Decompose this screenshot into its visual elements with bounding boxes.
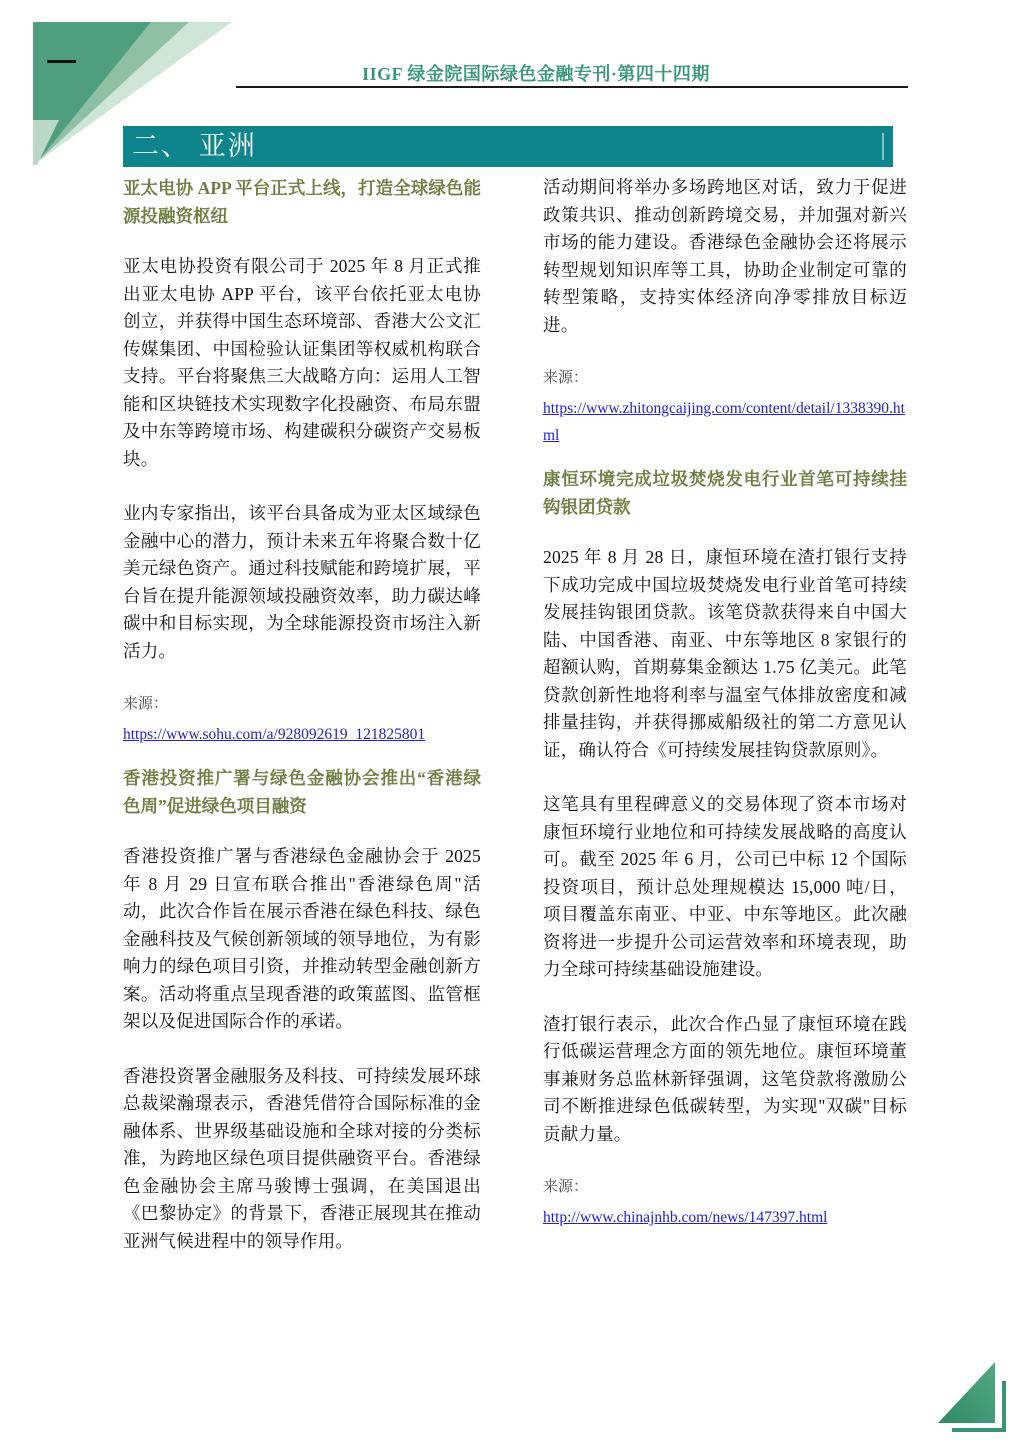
article-paragraph: 亚太电协投资有限公司于 2025 年 8 月正式推出亚太电协 APP 平台，该平… — [123, 253, 481, 473]
article-paragraph: 业内专家指出，该平台具备成为亚太区域绿色金融中心的潜力，预计未来五年将聚合数十亿… — [123, 500, 481, 665]
corner-triangle-decoration-bottom — [928, 1352, 1010, 1436]
article-title-hk-green-week: 香港投资推广署与绿色金融协会推出“香港绿色周”促进绿色项目融资 — [123, 764, 481, 820]
article-paragraph: 香港投资推广署与香港绿色金融协会于 2025 年 8 月 29 日宣布联合推出"… — [123, 843, 481, 1036]
article-title-apec-app: 亚太电协 APP 平台正式上线，打造全球绿色能源投融资枢纽 — [123, 174, 481, 230]
left-column: 亚太电协 APP 平台正式上线，打造全球绿色能源投融资枢纽 亚太电协投资有限公司… — [123, 174, 481, 1282]
article-paragraph: 2025 年 8 月 28 日，康恒环境在渣打银行支持下成功完成中国垃圾焚烧发电… — [543, 544, 907, 764]
source-link-sohu[interactable]: https://www.sohu.com/a/928092619_1218258… — [123, 721, 425, 748]
newsletter-page: IIGF 绿金院国际绿色金融专刊·第四十四期 二、 亚洲 亚太电协 APP 平台… — [0, 0, 1024, 1447]
newsletter-masthead: IIGF 绿金院国际绿色金融专刊·第四十四期 — [236, 60, 836, 86]
source-link-chinajnhb[interactable]: http://www.chinajnhb.com/news/147397.htm… — [543, 1204, 827, 1231]
article-paragraph: 活动期间将举办多场跨地区对话，致力于促进政策共识、推动创新跨境交易，并加强对新兴… — [543, 174, 907, 339]
article-title-kangheng-loan: 康恒环境完成垃圾焚烧发电行业首笔可持续挂钩银团贷款 — [543, 465, 907, 521]
banner-cursor-tick — [882, 133, 884, 160]
source-label: 来源： — [543, 1175, 907, 1199]
article-paragraph: 这笔具有里程碑意义的交易体现了资本市场对康恒环境行业地位和可持续发展战略的高度认… — [543, 791, 907, 984]
article-columns: 亚太电协 APP 平台正式上线，打造全球绿色能源投融资枢纽 亚太电协投资有限公司… — [123, 174, 907, 1282]
source-block: 来源： https://www.zhitongcaijing.com/conte… — [543, 366, 907, 449]
source-block: 来源： https://www.sohu.com/a/928092619_121… — [123, 692, 481, 748]
article-paragraph: 渣打银行表示，此次合作凸显了康恒环境在践行低碳运营理念方面的领先地位。康恒环境董… — [543, 1011, 907, 1149]
source-link-zhitongcaijing[interactable]: https://www.zhitongcaijing.com/content/d… — [543, 395, 907, 449]
article-paragraph: 香港投资署金融服务及科技、可持续发展环球总裁梁瀚璟表示，香港凭借符合国际标准的金… — [123, 1063, 481, 1256]
source-label: 来源： — [543, 366, 907, 390]
dash-mark-icon — [47, 60, 76, 63]
right-column: 活动期间将举办多场跨地区对话，致力于促进政策共识、推动创新跨境交易，并加强对新兴… — [543, 174, 907, 1282]
section-banner-asia: 二、 亚洲 — [123, 126, 893, 167]
source-block: 来源： http://www.chinajnhb.com/news/147397… — [543, 1175, 907, 1231]
header-divider — [236, 86, 908, 88]
source-label: 来源： — [123, 692, 481, 716]
section-banner-label: 二、 亚洲 — [132, 131, 257, 161]
